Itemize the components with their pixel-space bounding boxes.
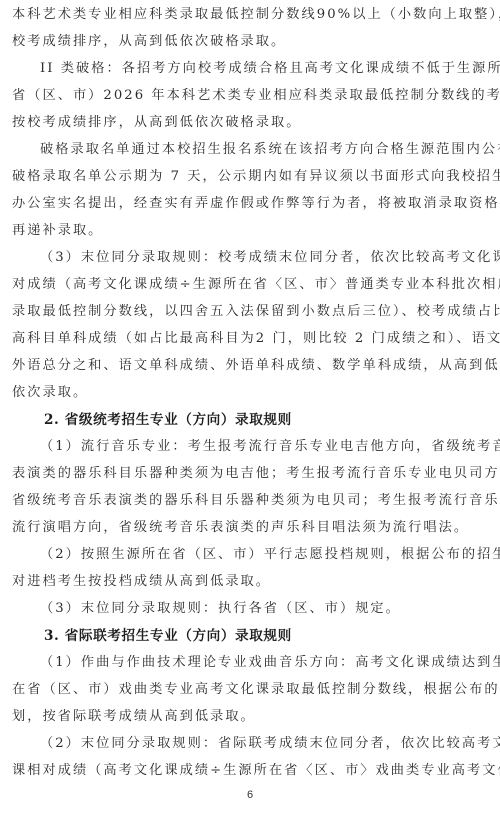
section-heading: 2. 省级统考招生专业（方向）录取规则 <box>44 411 292 429</box>
page-number: 6 <box>0 789 500 801</box>
text-line: 外语总分之和、语文单科成绩、外语单科成绩、数学单科成绩，从高到低排序 <box>12 357 500 375</box>
text-line: 课相对成绩（高考文化课成绩÷生源所在省〈区、市〉戏曲类专业高考文化课录 <box>12 762 500 780</box>
text-line: 划，按省际联考成绩从高到低录取。 <box>12 708 256 726</box>
text-line: 破格录取名单通过本校招生报名系统在该招考方向合格生源范围内公布。 <box>40 141 500 159</box>
text-line: II 类破格：各招考方向校考成绩合格且高考文化课成绩不低于生源所在 <box>40 60 500 78</box>
text-line: 按校考成绩排序，从高到低依次破格录取。 <box>12 114 302 132</box>
text-line: 高科目单科成绩（如占比最高科目为2 门，则比较 2 门成绩之和）、语文数学 <box>12 330 500 348</box>
text-line: 表演类的器乐科目乐器种类须为电吉他；考生报考流行音乐专业电贝司方向， <box>12 465 500 483</box>
text-line: 再递补录取。 <box>12 222 103 240</box>
text-line: 依次录取。 <box>12 384 88 402</box>
text-line: 对进档考生按投档成绩从高到低录取。 <box>12 573 271 591</box>
text-line: 办公室实名提出，经查实有弄虚作假或作弊等行为者，将被取消录取资格，不 <box>12 195 500 213</box>
text-line: （1）作曲与作曲技术理论专业戏曲音乐方向：高考文化课成绩达到生源所 <box>40 654 500 672</box>
text-line: （1）流行音乐专业：考生报考流行音乐专业电吉他方向，省级统考音乐 <box>40 438 500 456</box>
text-line: 录取最低控制分数线，以四舍五入法保留到小数点后三位）、校考成绩占比最 <box>12 303 500 321</box>
text-line: 本科艺术类专业相应科类录取最低控制分数线90%以上（小数向上取整），按 <box>12 6 500 24</box>
text-line: 在省（区、市）戏曲类专业高考文化课录取最低控制分数线，根据公布的招生计 <box>12 681 500 699</box>
text-line: （2）按照生源所在省（区、市）平行志愿投档规则，根据公布的招生计划， <box>40 546 500 564</box>
text-line: （2）末位同分录取规则：省际联考成绩末位同分者，依次比较高考文化 <box>40 735 500 753</box>
text-line: 校考成绩排序，从高到低依次破格录取。 <box>12 33 286 51</box>
text-line: 对成绩（高考文化课成绩÷生源所在省〈区、市〉普通类专业本科批次相应科类 <box>12 276 500 294</box>
document-page: 本科艺术类专业相应科类录取最低控制分数线90%以上（小数向上取整），按校考成绩排… <box>0 0 500 820</box>
text-line: 省（区、市）2026 年本科艺术类专业相应科类录取最低控制分数线的考生， <box>12 87 500 105</box>
text-line: （3）末位同分录取规则：执行各省（区、市）规定。 <box>40 600 401 618</box>
text-line: 破格录取名单公示期为 7 天，公示期内如有异议须以书面形式向我校招生工作 <box>12 168 500 186</box>
text-line: （3）末位同分录取规则：校考成绩末位同分者，依次比较高考文化课相 <box>40 249 500 267</box>
section-heading: 3. 省际联考招生专业（方向）录取规则 <box>44 627 292 645</box>
text-line: 省级统考音乐表演类的器乐科目乐器种类须为电贝司；考生报考流行音乐专业 <box>12 492 500 510</box>
text-line: 流行演唱方向，省级统考音乐表演类的声乐科目唱法须为流行唱法。 <box>12 519 469 537</box>
